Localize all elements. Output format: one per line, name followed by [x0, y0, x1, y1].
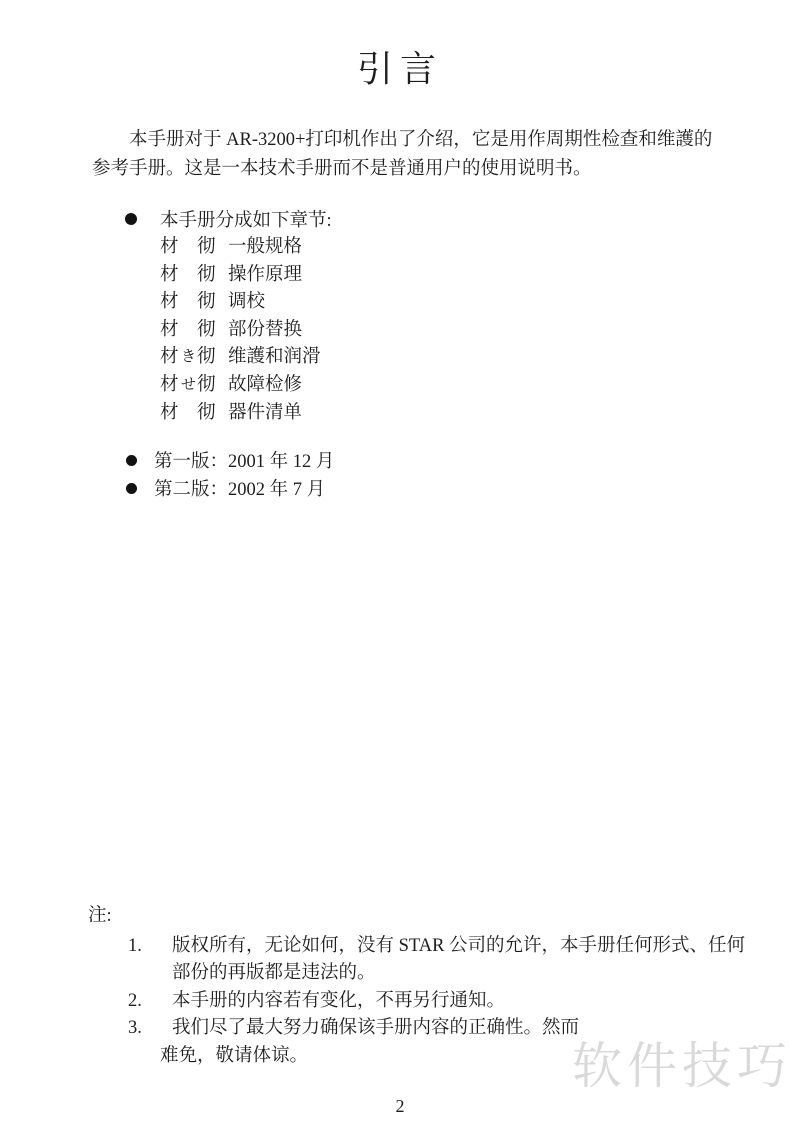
- chapter-item: 材 彻 一般规格: [160, 234, 545, 262]
- note-text: 本手册的内容若有变化，不再另行通知。: [172, 988, 505, 1015]
- chapter-colmid: [181, 234, 197, 262]
- note-number: 3.: [128, 1015, 172, 1042]
- note-row: 部份的再版都是违法的。: [128, 960, 728, 987]
- bullet-icon: [125, 213, 137, 225]
- chapter-col2: 彻: [197, 317, 217, 345]
- chapter-col2: 彻: [197, 289, 217, 317]
- edition-item: 第一版：2001 年 12 月: [126, 446, 334, 474]
- chapter-colmid: [181, 317, 197, 345]
- note-row: 2. 本手册的内容若有变化，不再另行通知。: [128, 988, 728, 1015]
- note-text: 难免，敬请体谅。: [160, 1043, 308, 1070]
- document-page: 引言 本手册对于 AR-3200+打印机作出了介绍，它是用作周期性检查和维護的参…: [0, 0, 800, 1132]
- chapter-colmid: き: [181, 344, 197, 372]
- chapter-col2: 彻: [197, 400, 217, 428]
- chapter-col1: 材: [160, 372, 181, 400]
- intro-paragraph: 本手册对于 AR-3200+打印机作出了介绍，它是用作周期性检查和维護的参考手册…: [92, 126, 722, 183]
- chapter-col1: 材: [160, 400, 181, 428]
- chapter-colmid: [181, 400, 197, 428]
- chapter-title: 器件清单: [228, 400, 302, 428]
- note-number: [128, 960, 172, 987]
- chapter-colmid: [181, 289, 197, 317]
- chapter-list-heading: 本手册分成如下章节:: [125, 204, 545, 234]
- chapter-heading-text: 本手册分成如下章节:: [160, 206, 332, 232]
- watermark: 软件技巧: [572, 1038, 792, 1094]
- chapter-title: 一般规格: [228, 234, 302, 262]
- note-number: 1.: [128, 933, 172, 960]
- chapter-col1: 材: [160, 344, 181, 372]
- chapter-title: 调校: [228, 289, 265, 317]
- chapter-col1: 材: [160, 289, 181, 317]
- bullet-icon: [126, 455, 137, 466]
- chapter-title: 部份替换: [228, 317, 302, 345]
- page-title: 引言: [0, 48, 800, 90]
- chapter-item: 材 せ 彻 故障检修: [160, 372, 545, 400]
- edition-list: 第一版：2001 年 12 月 第二版：2002 年 7 月: [126, 446, 334, 502]
- chapter-title: 维護和润滑: [228, 344, 321, 372]
- chapter-col1: 材: [160, 262, 181, 290]
- note-number: 2.: [128, 988, 172, 1015]
- chapter-item: 材 彻 调校: [160, 289, 545, 317]
- chapter-item: 材 彻 操作原理: [160, 262, 545, 290]
- chapter-colmid: [181, 262, 197, 290]
- chapter-list: 本手册分成如下章节: 材 彻 一般规格 材 彻 操作原理 材 彻 调校 材 彻 …: [125, 204, 545, 427]
- chapter-item: 材 彻 器件清单: [160, 400, 545, 428]
- chapter-col1: 材: [160, 317, 181, 345]
- chapter-col2: 彻: [197, 262, 217, 290]
- notes-label: 注:: [88, 901, 112, 927]
- note-row: 1. 版权所有，无论如何，没有 STAR 公司的允许，本手册任何形式、任何: [128, 933, 728, 960]
- edition-item: 第二版：2002 年 7 月: [126, 474, 334, 502]
- chapter-title: 操作原理: [228, 262, 302, 290]
- chapter-title: 故障检修: [228, 372, 302, 400]
- chapter-col2: 彻: [197, 234, 217, 262]
- note-text: 版权所有，无论如何，没有 STAR 公司的允许，本手册任何形式、任何: [172, 933, 745, 960]
- note-text: 我们尽了最大努力确保该手册内容的正确性。然而: [172, 1015, 579, 1042]
- chapter-col1: 材: [160, 234, 181, 262]
- chapter-item: 材 彻 部份替换: [160, 317, 545, 345]
- chapter-item: 材 き 彻 维護和润滑: [160, 344, 545, 372]
- note-text: 部份的再版都是违法的。: [172, 960, 376, 987]
- chapter-col2: 彻: [197, 344, 217, 372]
- chapter-colmid: せ: [181, 372, 197, 400]
- chapter-col2: 彻: [197, 372, 217, 400]
- edition-text: 第一版：2001 年 12 月: [154, 447, 334, 473]
- page-number: 2: [0, 1094, 800, 1118]
- edition-text: 第二版：2002 年 7 月: [154, 475, 325, 501]
- bullet-icon: [126, 483, 137, 494]
